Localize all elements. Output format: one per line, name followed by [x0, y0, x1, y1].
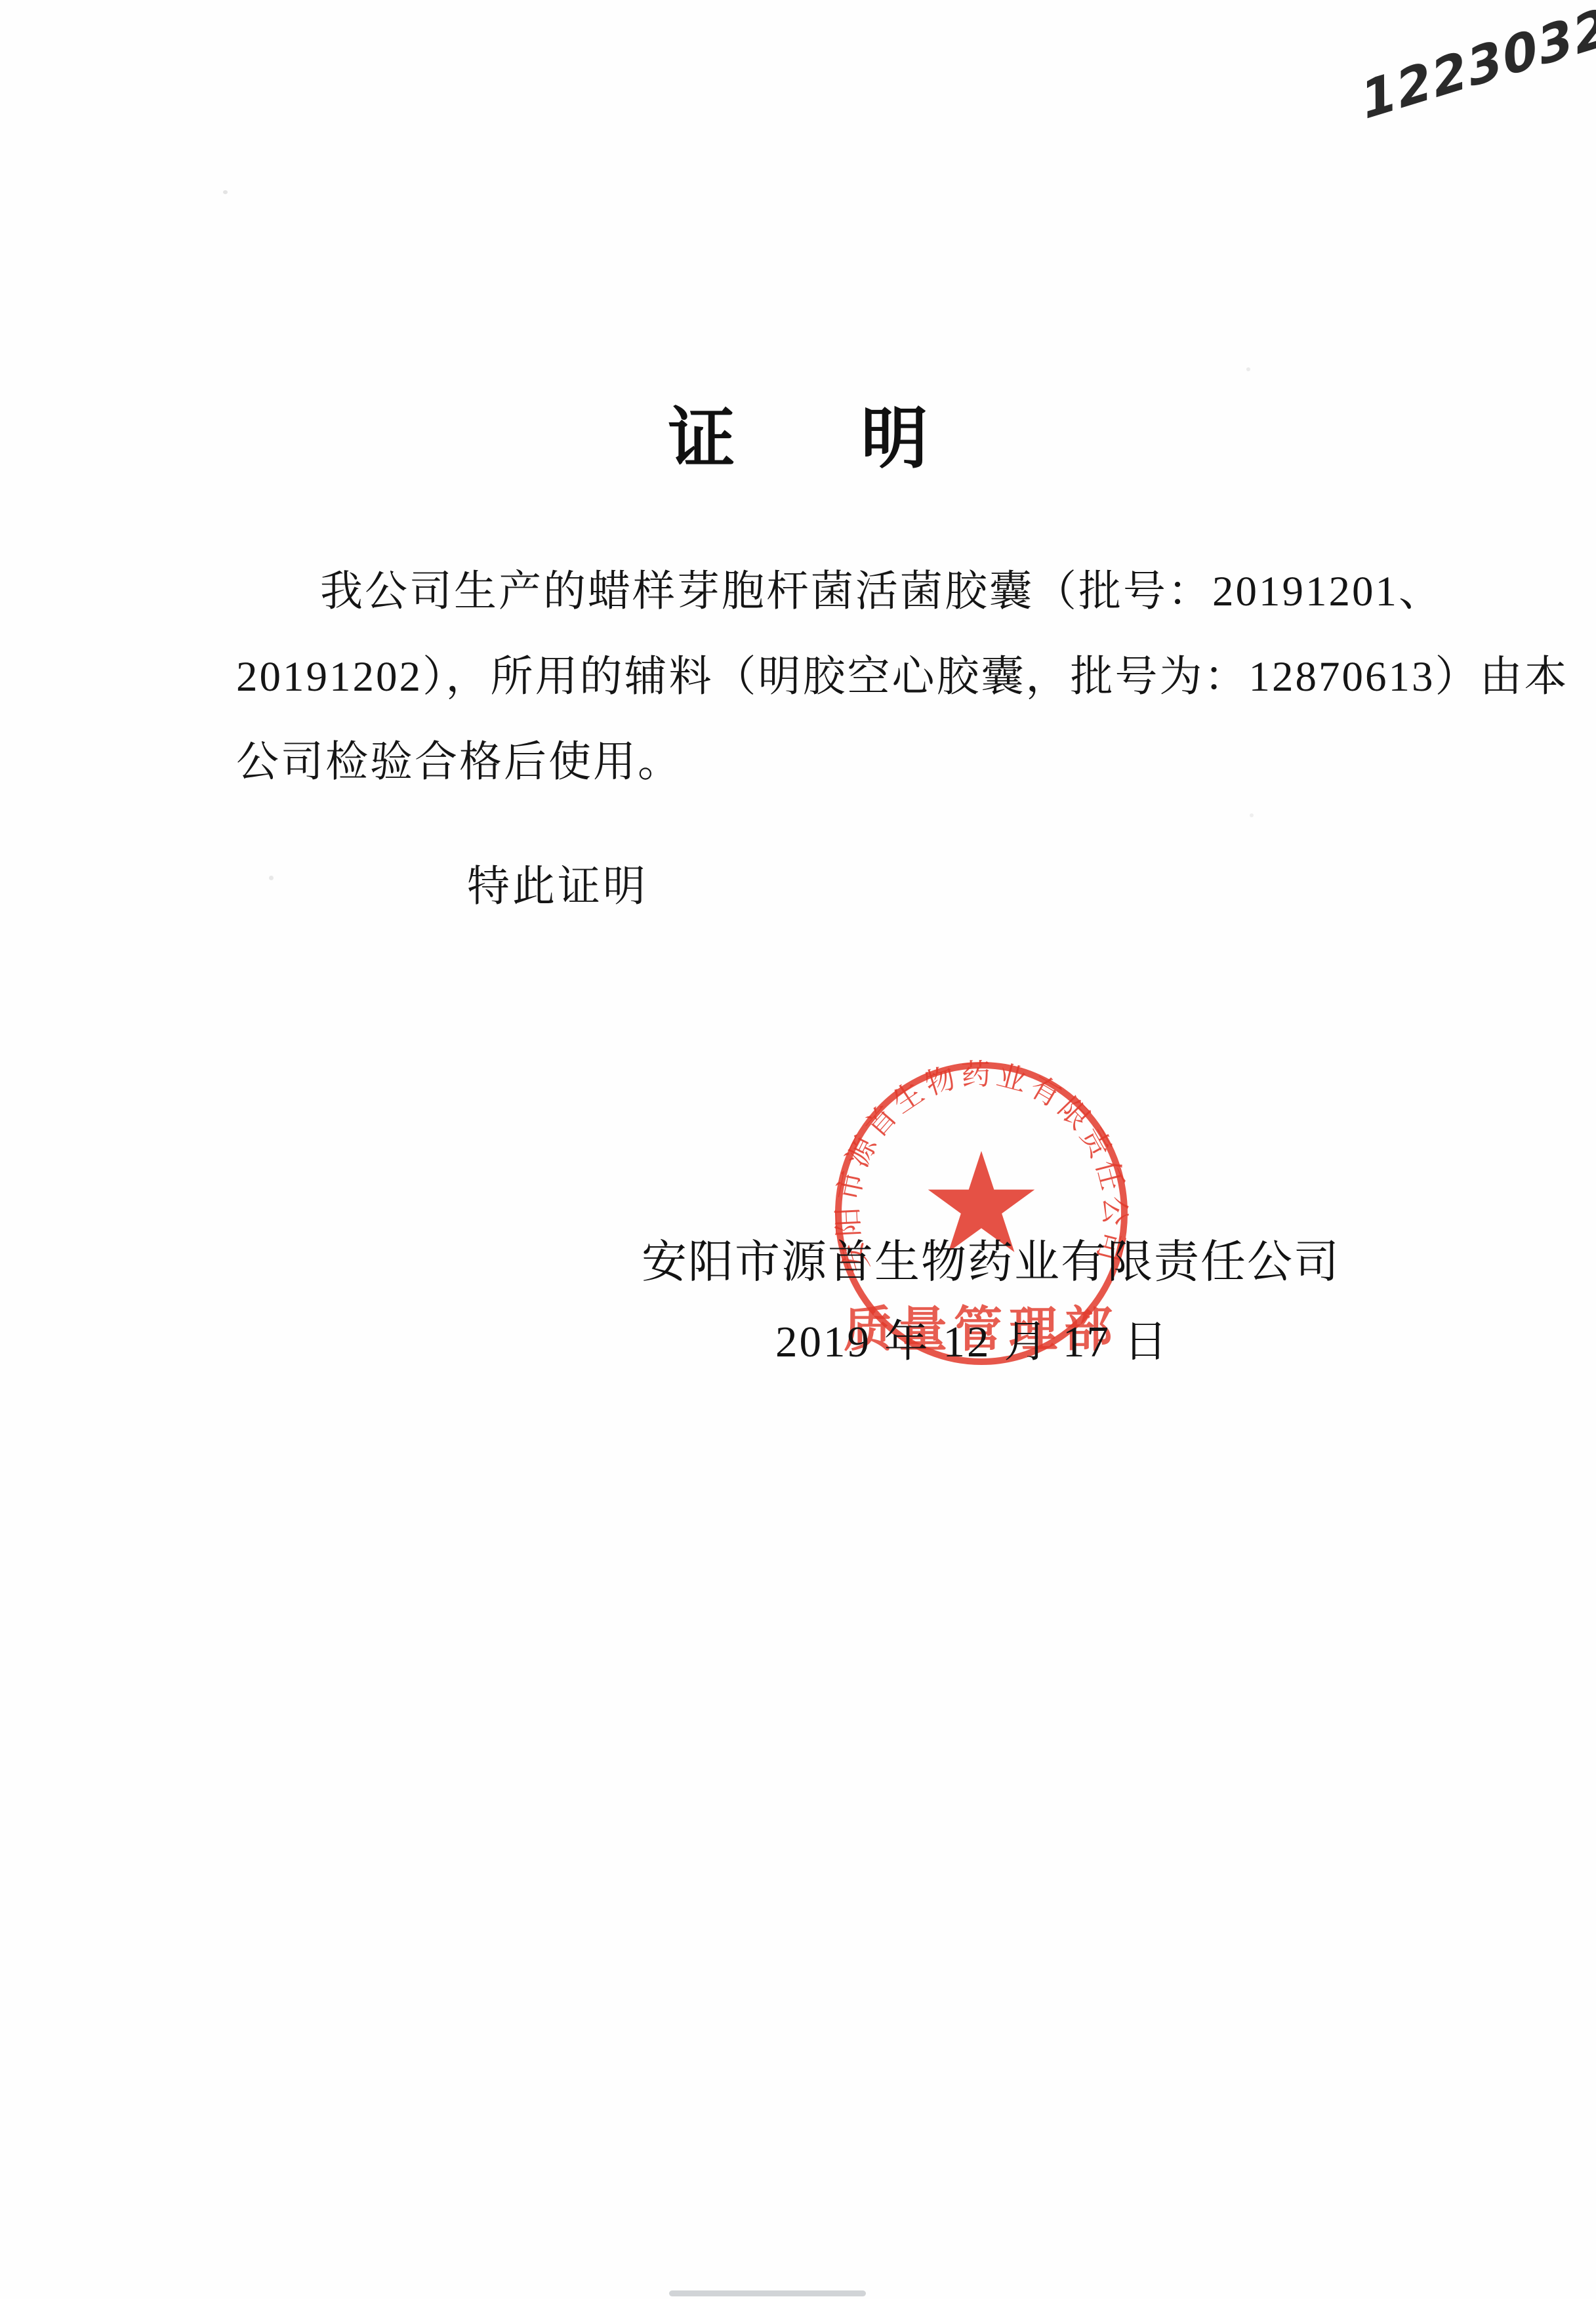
page-title: 证 明	[0, 386, 1596, 481]
scan-speck	[223, 190, 228, 194]
handwritten-number: 1223032	[1357, 0, 1596, 131]
scan-smudge	[669, 2290, 866, 2296]
title-char-left: 证	[668, 386, 735, 481]
signature-date: 2019 年 12 月 17 日	[775, 1307, 1170, 1370]
scanned-certificate-page: 1223032 证 明 我公司生产的蜡样芽胞杆菌活菌胶囊（批号：20191201…	[0, 0, 1596, 2299]
body-line-2: 20191202），所用的辅料（明胶空心胶囊，批号为：12870613）由本	[236, 641, 1391, 703]
scan-speck	[1246, 367, 1250, 371]
scan-speck	[1250, 813, 1254, 817]
body-line-3: 公司检验合格后使用。	[236, 727, 1391, 788]
closing-statement: 特此证明	[467, 851, 648, 913]
signature-company-name: 安阳市源首生物药业有限责任公司	[642, 1225, 1340, 1290]
body-line-1: 我公司生产的蜡样芽胞杆菌活菌胶囊（批号：20191201、	[236, 556, 1475, 618]
title-char-right: 明	[861, 386, 928, 481]
scan-speck	[269, 876, 274, 880]
